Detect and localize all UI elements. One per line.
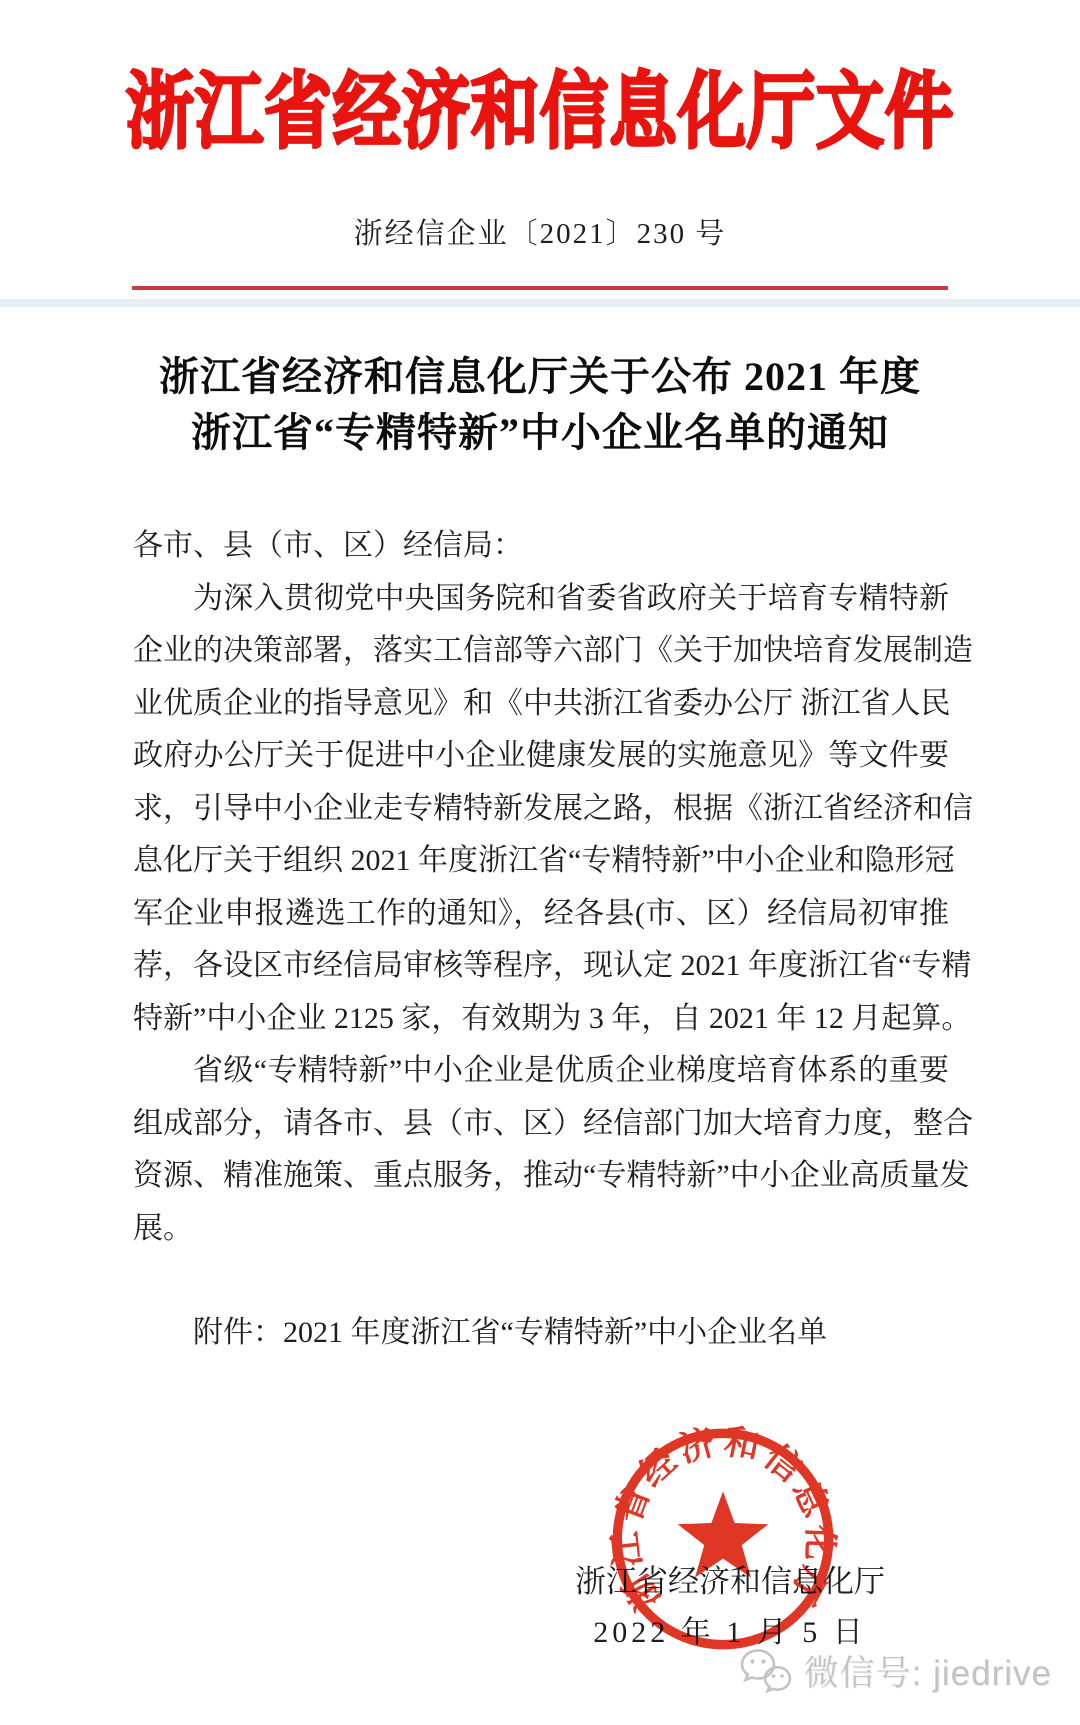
paragraph1-line: 特新”中小企业 2125 家，有效期为 3 年，自 2021 年 12 月起算。 — [133, 993, 949, 1046]
paragraph2-line: 组成部分，请各市、县（市、区）经信部门加大培育力度，整合 — [133, 1098, 949, 1151]
wechat-id-label: 微信号: jiedrive — [804, 1646, 1052, 1696]
doc-number: 浙经信企业〔2021〕230 号 — [0, 211, 1080, 252]
scan-artifact-band — [0, 299, 1080, 307]
paragraph1-line: 荐，各设区市经信局审核等程序，现认定 2021 年度浙江省“专精 — [133, 940, 949, 993]
paragraph1-line: 政府办公厅关于促进中小企业健康发展的实施意见》等文件要 — [133, 730, 949, 783]
paragraph2-line: 省级“专精特新”中小企业是优质企业梯度培育体系的重要 — [133, 1045, 949, 1098]
official-seal: 浙江省经济和信息化厅 — [608, 1424, 838, 1654]
document-title-line1: 浙江省经济和信息化厅关于公布 2021 年度 — [60, 349, 1020, 405]
paragraph1-line: 企业的决策部署，落实工信部等六部门《关于加快培育发展制造 — [133, 625, 949, 678]
paragraph1-line: 军企业申报遴选工作的通知》，经各县(市、区）经信局初审推 — [133, 888, 949, 941]
attachment-note: 附件：2021 年度浙江省“专精特新”中小企业名单 — [133, 1307, 949, 1351]
wechat-watermark: 微信号: jiedrive — [738, 1646, 1052, 1696]
paragraph1-line: 为深入贯彻党中央国务院和省委省政府关于培育专精特新 — [133, 573, 949, 626]
paragraph1-line: 息化厅关于组织 2021 年度浙江省“专精特新”中小企业和隐形冠 — [133, 835, 949, 888]
letterhead-banner: 浙江省经济和信息化厅文件 — [0, 46, 1080, 164]
seal-star-icon — [678, 1491, 769, 1577]
document-page: 浙江省经济和信息化厅文件 浙经信企业〔2021〕230 号 浙江省经济和信息化厅… — [0, 0, 1080, 1725]
salutation: 各市、县（市、区）经信局： — [133, 520, 949, 573]
document-body: 各市、县（市、区）经信局： 为深入贯彻党中央国务院和省委省政府关于培育专精特新 … — [133, 520, 949, 1255]
paragraph2-line: 资源、精准施策、重点服务，推动“专精特新”中小企业高质量发 — [133, 1150, 949, 1203]
paragraph2-line: 展。 — [133, 1203, 949, 1256]
wechat-icon — [738, 1646, 794, 1696]
document-title-line2: 浙江省“专精特新”中小企业名单的通知 — [60, 405, 1020, 461]
paragraph1-line: 业优质企业的指导意见》和《中共浙江省委办公厅 浙江省人民 — [133, 678, 949, 731]
red-divider-rule — [132, 286, 948, 290]
document-title: 浙江省经济和信息化厅关于公布 2021 年度 浙江省“专精特新”中小企业名单的通… — [60, 349, 1020, 461]
paragraph1-line: 求，引导中小企业走专精特新发展之路，根据《浙江省经济和信 — [133, 783, 949, 836]
